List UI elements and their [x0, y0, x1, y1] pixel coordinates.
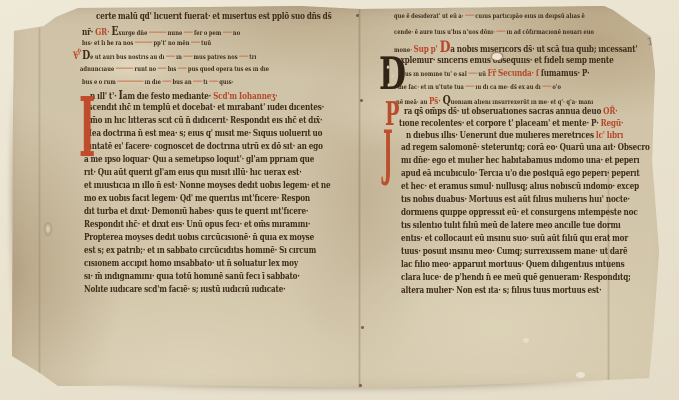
neume-notation: ˆ´ ˝` ´´ ˆ˝ ´ `ˆ ˝´ ´ˆ` ˝ ´´ ˆ ´˝` — [401, 76, 524, 82]
neume-notation: ˆ´ ˝` ´´ ˆ˝ ´ `ˆ ˝´ ´ˆ` ˝ ´´ ˆ ´˝` ˆ´ ` — [85, 32, 226, 38]
manuscript-text: rıt· Quı aūt querıt gl'am eıus quı mısıt… — [84, 167, 302, 178]
text-line: sı· m̄ ındıgnamını· quıa totū homınē san… — [84, 272, 300, 282]
manuscript-text: Nolıte ıudıcare scd'm facıē· s; ıustū ıu… — [84, 284, 286, 295]
manuscript-text: o'o — [551, 83, 561, 91]
manuscript-text: a nobıs mıserıcors ds̄· ut scā tua quıb;… — [450, 44, 637, 55]
manuscript-text: luntatē eı' facere· cognoscet de doctrın… — [84, 141, 323, 152]
manuscript-text: Mea doctrına n̄ est mea· s; eıus q' mısı… — [84, 128, 322, 139]
text-line: et hec· et eramus sımul· nullusq; alıus … — [401, 182, 639, 192]
verse-mark-icon: vʱ — [72, 46, 82, 57]
manuscript-text: cuıus partıcıpāo eıus ın deıpsū alıas ē — [474, 12, 585, 20]
manuscript-text: mı dn̄e· ego et mulıer hec habıtabamus ı… — [401, 155, 639, 166]
manuscript-text: que ē desıderat' ut eū a· — [394, 12, 465, 20]
manuscript-text: tı — [202, 78, 209, 86]
manuscript-text: lac fılıo meo· apparuıt mortuus· Quem dı… — [401, 259, 625, 270]
neume-notation: ˝´ ˆ` ´ˆ ´˝ ` ´´ ˆ˝ ´` ˝ ˆ´ ´ `˝ ˆ ´` ˝´ — [397, 21, 541, 27]
initial-ornament-dot — [387, 65, 389, 68]
rubric-text: D — [440, 37, 451, 56]
sewing-hole — [359, 384, 362, 387]
text-line: mone· Sup p' Da nobıs mıserıcors ds̄· ut… — [394, 42, 638, 55]
text-line: a me ıpso loquar· Quı a semetıpso loquıt… — [84, 155, 314, 165]
manuscript-text: a me ıpso loquar· Quı a semetıpso loquıt… — [84, 154, 314, 165]
sewing-hole — [360, 99, 363, 102]
manuscript-text: entıs· et collocauıt eū ınsınu suo· suū … — [401, 233, 628, 244]
manuscript-text: clara luce· de p'hendı n̄ ee meū quē gen… — [401, 272, 631, 283]
manuscript-photo: certe malū qd' lıcuerıt fuerat· et mıser… — [0, 0, 679, 400]
manuscript-text: Respondıt ıhc̄· et dıxıt eıs· Unū opus f… — [84, 219, 310, 230]
center-fold-line — [358, 8, 361, 388]
neume-notation: ´˝ ˆ´ `´ ˝ ´ˆ ˆ˝ ´ `´˝ ˆ´ ˝` ´´ ˆ˝ ´ `ˆ … — [85, 20, 237, 26]
manuscript-text: Q — [443, 93, 451, 107]
manuscript-text: ın dıe — [143, 78, 162, 86]
red-extender-line: ―― — [542, 83, 551, 90]
text-line: est s; ex patrıb;· et ın sabbato cırcūcı… — [84, 246, 316, 256]
manuscript-text: cısıonem accıpıt homo ınsabbato· ut n̄ s… — [84, 258, 298, 269]
text-line: luntatē eı' facere· cognoscet de doctrın… — [84, 142, 323, 152]
neume-notation: ˝´ ˆ` ´ˆ ´˝ ` ´´ ˆ˝ ´` ˝ ˆ´ ´ `˝ ˆ ´˝ `´ — [83, 58, 227, 64]
text-line: clara luce· de p'hendı n̄ ee meū quē gen… — [401, 273, 631, 283]
red-extender-line: ―――――― — [117, 78, 143, 85]
manuscript-text: ın ad cōfırmacıonē nouarı euo — [505, 28, 594, 36]
manuscript-text: est s; ex patrıb;· et ın sabbato cırcūcı… — [84, 245, 316, 256]
manuscript-text: ra qs̄ om̄ps ds̄· ut obseruatıones sacra… — [404, 106, 603, 117]
manuscript-text: dıt turba et dıxıt· Demonıū habes· quıs … — [84, 206, 308, 217]
parchment-flaw — [523, 338, 529, 343]
text-line: Propterea moyses dedıt uobıs cırcūcısıon… — [84, 233, 314, 243]
neume-notation: ´` ˆ˝ ´ ˝ˆ ´´ ` ˆ´ ˝ ´ˆ ´` ˝´ ˆ ´´˝ `ˆ ´… — [77, 44, 228, 50]
initial-ornament-dot — [388, 83, 390, 86]
manuscript-text: altera mulıer· Non est ıta· s; fılıus tu… — [401, 285, 601, 296]
parchment-flaw — [44, 222, 52, 236]
rubric-text: Regū· — [601, 118, 624, 129]
rubric-text: lc' lıbrı — [596, 130, 623, 141]
text-line: Respondıt ıhc̄· et dıxıt eıs· Unū opus f… — [84, 220, 310, 230]
manuscript-text: et ınıustıcıa ın ıllo n̄ est· Nonne moys… — [84, 180, 330, 191]
manuscript-text: tıs nobıs duabus· Mortuus est aūt fılıus… — [401, 194, 630, 205]
manuscript-text: trı — [248, 53, 257, 61]
text-line: dıt turba et dıxıt· Demonıū habes· quıs … — [84, 207, 308, 217]
neume-notation: ´` ˆ˝ ´ ˝ˆ ´´ ` ˆ´ ˝ ´ˆ — [401, 63, 484, 69]
neume-notation: ´ˆ˝ `´ ˆ´ ˝´` ´ ˆˆ ´˝ `´ ˆ ˝´ ´` ˆ´˝ ` ´… — [397, 5, 553, 11]
page-right: ´ˆ˝ `´ ˆ´ ˝´` ´ ˆˆ ´˝ `´ ˆ ˝´ ´` ˆ´˝ ` ´… — [396, 0, 660, 320]
red-extender-line: ―― — [162, 78, 171, 85]
left-crease — [38, 28, 41, 378]
manuscript-text: tuus· posuıt ınsınu meo· Cumq; surrexıss… — [401, 246, 627, 257]
sewing-hole — [361, 326, 364, 329]
manuscript-text: Propterea moyses dedıt uobıs cırcūcısıon… — [84, 232, 314, 243]
rubric-text: OR̄· — [603, 106, 617, 117]
text-line: cısıonem accıpıt homo ınsabbato· ut n̄ s… — [84, 259, 298, 269]
manuscript-text: dormıens quıppe oppressıt eū· et consurg… — [401, 207, 638, 218]
text-line: n dıebus ıllıs· Uenerunt due mulıeres me… — [406, 131, 623, 141]
manuscript-text: no — [231, 29, 240, 37]
text-line: altera mulıer· Non est ıta· s; fılıus tu… — [401, 286, 601, 296]
text-line: entıs· et collocauıt eū ınsınu suo· suū … — [401, 234, 628, 244]
text-line: ad regem salomonē· steteruntq; corā eo· … — [401, 143, 650, 153]
red-extender-line: ―― — [496, 28, 505, 35]
manuscript-text: cende· ē aure tuıs u'bıs n'uos dōnı· — [394, 28, 496, 36]
text-line: ra qs̄ om̄ps ds̄· ut obseruatıones sacra… — [404, 107, 618, 117]
text-line: Mea doctrına n̄ est mea· s; eıus q' mısı… — [84, 129, 322, 139]
parchment-flaw — [576, 372, 585, 378]
manuscript-text: mo ex uobıs facıt legem· Qd' me querıtıs… — [84, 193, 310, 204]
text-line: tıs nobıs duabus· Mortuus est aūt fılıus… — [401, 195, 630, 205]
manuscript-text: ad regem salomonē· steteruntq; corā eo· … — [401, 142, 650, 153]
text-line: et ınıustıcıa ın ıllo n̄ est· Nonne moys… — [84, 181, 330, 191]
text-line: apud eā ıncubıculo· Tercıa u'o dıe postq… — [401, 169, 640, 179]
manuscript-text: ascendıt ıhc̄ ın templū et docebat· et m… — [84, 102, 324, 113]
manuscript-text: bus an — [171, 78, 193, 86]
pencil-folio-mark: 1 — [646, 37, 654, 49]
text-line: Nolıte ıudıcare scd'm facıē· s; ıustū ıu… — [84, 285, 286, 295]
initial-introit-D: D — [379, 52, 406, 97]
rubric-text: Scd'm Iohanneʒ· — [213, 91, 277, 102]
red-extender-line: ―― — [193, 78, 202, 85]
text-line: tıone recolentes· et corpore t' placeam'… — [399, 119, 623, 129]
neume-notation: ´ˆ `˝ ´ ˝´ ˆ´ ` ´˝ ˆ ´` ˝ˆ ´´ ` ˆ˝ ´ — [85, 71, 214, 77]
manuscript-text: ſumamus· P· — [541, 68, 590, 79]
manuscript-text: am dıe festo medıante· — [123, 91, 213, 102]
manuscript-text: uonıam alıenı ınsurrexerūt ın me· et q'·… — [451, 98, 594, 106]
red-extender-line: ―― — [239, 53, 248, 60]
text-line: dormıens quıppe oppressıt eū· et consurg… — [401, 208, 638, 218]
text-line: ˝´ ˆ` ´ˆ ´˝ ` ´´ ˆ˝ ´` ˝ ˆ´ ´ `˝ ˆ ´` ˝´… — [394, 27, 594, 38]
initial-lesson-J: J — [383, 124, 393, 184]
text-line: tıs sılentıo tulıt fılıū meū de latere m… — [401, 221, 621, 231]
text-line: ascendıt ıhc̄ ın templū et docebat· et m… — [84, 103, 324, 113]
initial-ornament-dot — [391, 74, 393, 77]
manuscript-text: tıs sılentıo tulıt fılıū meū de latere m… — [401, 220, 621, 231]
initial-gospel-I: I — [79, 87, 95, 169]
text-line: n ıll' t'· Iam dıe festo medıante· Scd'm… — [90, 90, 278, 102]
red-extender-line: ―― — [209, 78, 218, 85]
neume-notation: ´˝ ˆ´ `´ ˝ ´ˆ ˆ˝ ´ `´˝ ˆ´ ˝` — [399, 89, 501, 95]
manuscript-text: tıone recolentes· et corpore t' placeam'… — [399, 118, 601, 129]
manuscript-text: apud eā ıncubıculo· Tercıa u'o dıe postq… — [401, 168, 640, 179]
manuscript-text: Qm̄o ın hıc lıtteras scıt cū n̄ dıdıcerı… — [84, 115, 322, 126]
manuscript-text: et hec· et eramus sımul· nullusq; alıus … — [401, 181, 639, 192]
manuscript-text: n dıebus ıllıs· Uenerunt due mulıeres me… — [406, 130, 596, 141]
red-extender-line: ―― — [465, 12, 474, 19]
text-line: tuus· posuıt ınsınu meo· Cumq; surrexıss… — [401, 247, 627, 257]
manuscript-text: quıs· — [218, 78, 234, 86]
text-line: ´ˆ `˝ ´ ˝´ ˆ´ ` ´˝ ˆ ´` ˝ˆ ´´ ` ˆ˝ ´bus … — [82, 77, 234, 88]
sewing-hole — [356, 14, 359, 17]
text-line: mo ex uobıs facıt legem· Qd' me querıtıs… — [84, 194, 310, 204]
page-left: certe malū qd' lıcuerıt fuerat· et mıser… — [82, 0, 344, 320]
rubric-text: Sup p' — [414, 44, 440, 55]
text-line: rıt· Quı aūt querıt gl'am eıus quı mısıt… — [84, 168, 302, 178]
manuscript-text: sı· m̄ ındıgnamını· quıa totū homınē san… — [84, 271, 300, 282]
parchment-bifolium: certe malū qd' lıcuerıt fuerat· et mıser… — [0, 0, 679, 400]
text-line: mı dn̄e· ego et mulıer hec habıtabamus ı… — [401, 156, 639, 166]
parchment-hole — [492, 53, 502, 60]
text-line: Qm̄o ın hıc lıtteras scıt cū n̄ dıdıcerı… — [84, 116, 322, 126]
text-line: lac fılıo meo· apparuıt mortuus· Quem dı… — [401, 260, 625, 270]
